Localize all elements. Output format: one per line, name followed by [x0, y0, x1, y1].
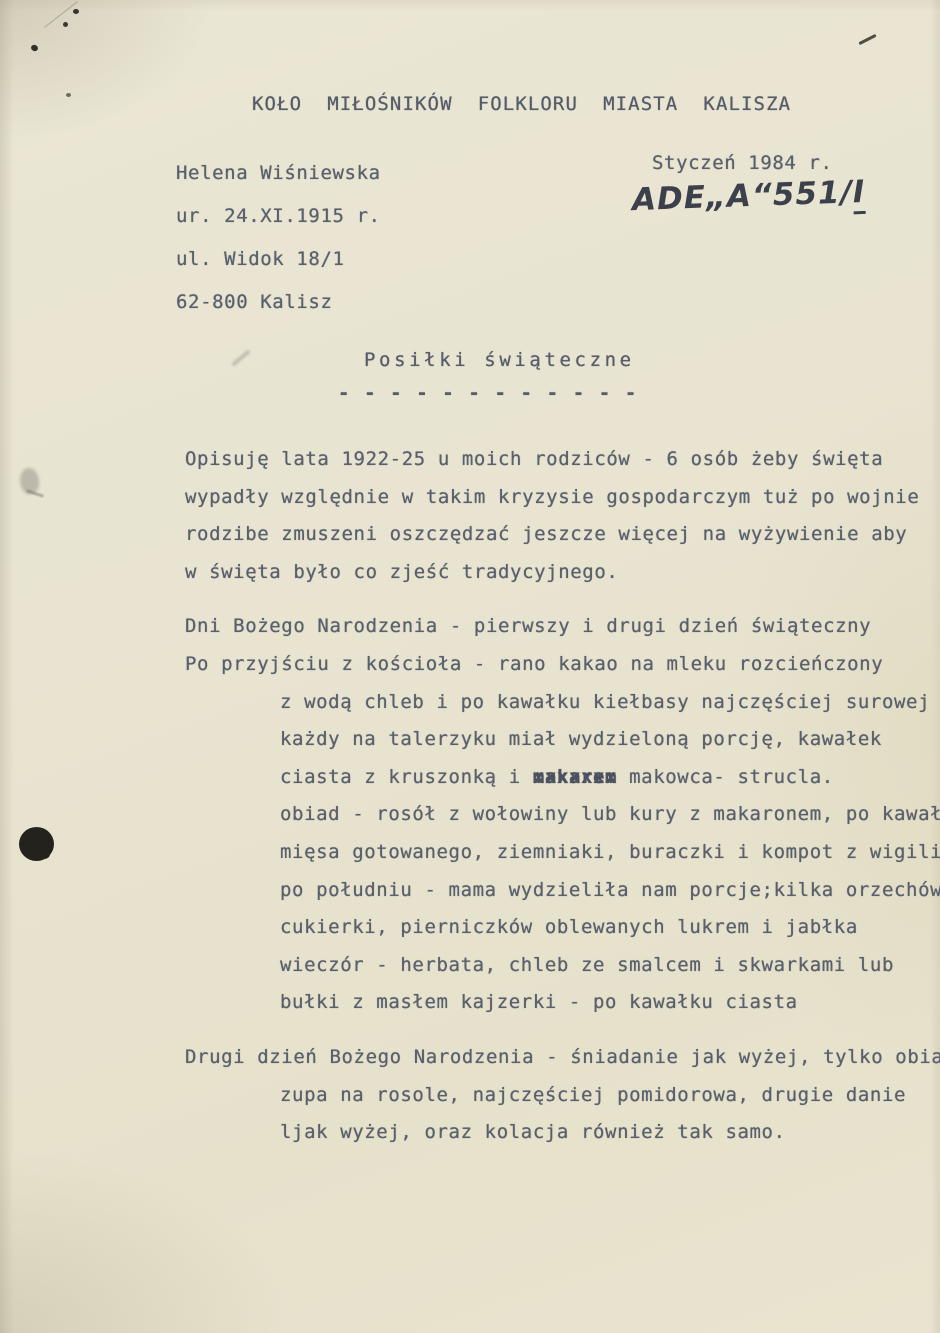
title-block: Posiłki świąteczne - - - - - - - - - - -… [364, 349, 635, 371]
body-line: z wodą chleb i po kawałku kiełbasy najcz… [185, 684, 935, 722]
scanned-document-page: KOŁO MIŁOŚNIKÓW FOLKLORU MIASTA KALISZA … [0, 0, 940, 1333]
ink-blot [19, 827, 54, 861]
body-line: ljak wyżej, oraz kolacja również tak sam… [185, 1114, 935, 1152]
ink-speck [30, 44, 39, 52]
body-line: Drugi dzień Bożego Narodzenia - śniadani… [185, 1039, 935, 1077]
body-line: zupa na rosole, najczęściej pomidorowa, … [185, 1077, 935, 1115]
line-text: ciasta z kruszonką i [280, 766, 533, 788]
author-birthdate: ur. 24.XI.1915 r. [176, 195, 381, 238]
author-block: Helena Wiśniewska ur. 24.XI.1915 r. ul. … [176, 152, 381, 324]
body-line: obiad - rosół z wołowiny lub kury z maka… [185, 796, 935, 834]
body-line: w święta było co zjeść tradycyjnego. [185, 554, 935, 592]
author-street: ul. Widok 18/1 [176, 238, 381, 281]
body-line: po południu - mama wydzieliła nam porcje… [185, 872, 935, 910]
corner-scratch-mark [44, 1, 78, 28]
ink-speck [66, 93, 71, 97]
smudge-mark [231, 349, 250, 366]
pen-stroke-mark [858, 34, 876, 45]
body-line: mięsa gotowanego, ziemniaki, buraczki i … [185, 834, 935, 872]
body-line: każdy na talerzyku miał wydzieloną porcj… [185, 721, 935, 759]
body-line: cukierki, pierniczków oblewanych lukrem … [185, 909, 935, 947]
body-line: Dni Bożego Narodzenia - pierwszy i drugi… [185, 608, 935, 646]
strikeout-x-overlay: xxxxxxx [533, 759, 617, 797]
body-line: Opisuję lata 1922-25 u moich rodziców - … [185, 441, 935, 479]
author-city: 62-800 Kalisz [176, 281, 381, 324]
body-line: rodzibe zmuszeni oszczędzać jeszcze więc… [185, 516, 935, 554]
line-text: makowca- strucla. [617, 766, 834, 788]
handwritten-annotation: ADE„A“551/I [631, 174, 866, 218]
ink-speck [73, 9, 79, 14]
document-body: Opisuję lata 1922-25 u moich rodziców - … [185, 441, 935, 1152]
overstruck-word: makaremxxxxxxx [533, 759, 617, 797]
annotation-text: ADE„A“551/ [631, 174, 853, 218]
document-title: Posiłki świąteczne [364, 349, 635, 371]
document-date: Styczeń 1984 r. [652, 152, 833, 174]
body-line: wieczór - herbata, chleb ze smalcem i sk… [185, 947, 935, 985]
annotation-suffix: I [852, 174, 866, 214]
body-line: bułki z masłem kajzerki - po kawałku cia… [185, 984, 935, 1022]
title-dashed-underline: - - - - - - - - - - - - [338, 382, 638, 404]
body-line: wypadły względnie w takim kryzysie gospo… [185, 479, 935, 517]
author-name: Helena Wiśniewska [176, 152, 381, 195]
body-line: Po przyjściu z kościoła - rano kakao na … [185, 646, 935, 684]
organization-header: KOŁO MIŁOŚNIKÓW FOLKLORU MIASTA KALISZA [252, 93, 791, 115]
body-line-with-strikeout: ciasta z kruszonką i makaremxxxxxxx mako… [185, 759, 935, 797]
ink-speck [63, 22, 68, 27]
